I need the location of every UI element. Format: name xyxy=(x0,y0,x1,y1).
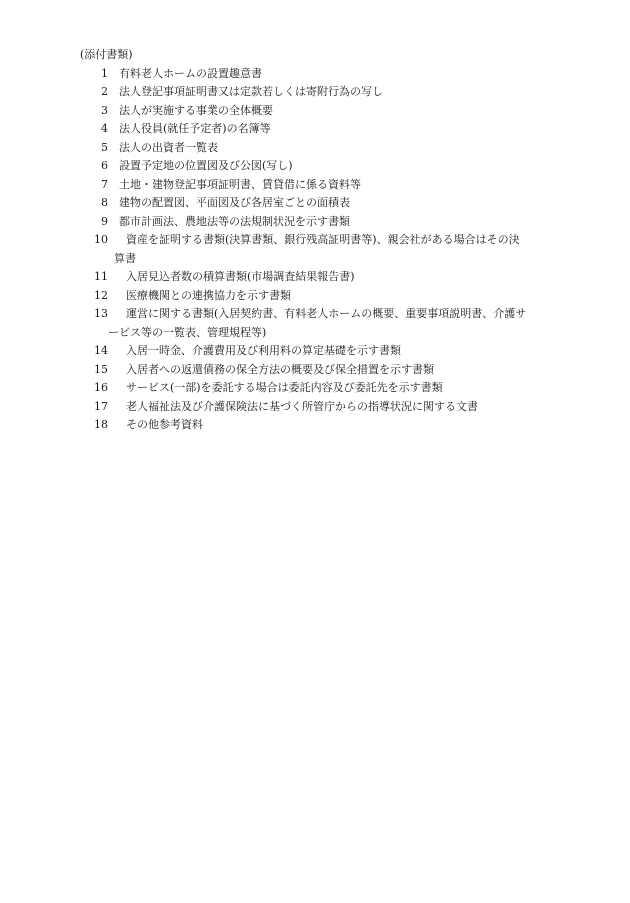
item-text: 設置予定地の位置図及び公図(写し) xyxy=(80,157,560,176)
list-item: 11 入居見込者数の積算書類(市場調査結果報告書) xyxy=(80,268,560,287)
list-item: 17 老人福祉法及び介護保険法に基づく所管庁からの指導状況に関する文書 xyxy=(80,398,560,417)
item-number: 11 xyxy=(80,268,108,287)
item-number: 7 xyxy=(80,176,108,195)
item-number: 13 xyxy=(80,305,108,324)
document-page: (添付書類) 1 有料老人ホームの設置趣意書 2 法人登記事項証明書又は定款若し… xyxy=(0,0,630,903)
list-item: 2 法人登記事項証明書又は定款若しくは寄附行為の写し xyxy=(80,83,560,102)
item-text: 法人の出資者一覧表 xyxy=(80,139,560,158)
item-text: 入居見込者数の積算書類(市場調査結果報告書) xyxy=(80,268,560,287)
list-item: 1 有料老人ホームの設置趣意書 xyxy=(80,65,560,84)
item-text: 有料老人ホームの設置趣意書 xyxy=(80,65,560,84)
item-text: 老人福祉法及び介護保険法に基づく所管庁からの指導状況に関する文書 xyxy=(80,398,560,417)
item-text-continuation: 算書 xyxy=(80,250,560,269)
list-item: 8 建物の配置図、平面図及び各居室ごとの面積表 xyxy=(80,194,560,213)
item-text: 法人が実施する事業の全体概要 xyxy=(80,102,560,121)
item-number: 6 xyxy=(80,157,108,176)
item-number: 8 xyxy=(80,194,108,213)
list-item: 14 入居一時金、介護費用及び利用料の算定基礎を示す書類 xyxy=(80,342,560,361)
item-number: 4 xyxy=(80,120,108,139)
list-item: 9 都市計画法、農地法等の法規制状況を示す書類 xyxy=(80,213,560,232)
item-number: 14 xyxy=(80,342,108,361)
item-number: 9 xyxy=(80,213,108,232)
item-number: 16 xyxy=(80,379,108,398)
item-text: 土地・建物登記事項証明書、賃貸借に係る資料等 xyxy=(80,176,560,195)
item-text: 法人役員(就任予定者)の名簿等 xyxy=(80,120,560,139)
list-item: 10 資産を証明する書類(決算書類、銀行残高証明書等)、親会社がある場合はその決… xyxy=(80,231,560,268)
item-number: 18 xyxy=(80,416,108,435)
attachments-list: 1 有料老人ホームの設置趣意書 2 法人登記事項証明書又は定款若しくは寄附行為の… xyxy=(80,65,560,435)
list-item: 3 法人が実施する事業の全体概要 xyxy=(80,102,560,121)
item-number: 5 xyxy=(80,139,108,158)
list-item: 7 土地・建物登記事項証明書、賃貸借に係る資料等 xyxy=(80,176,560,195)
item-text: 都市計画法、農地法等の法規制状況を示す書類 xyxy=(80,213,560,232)
list-item: 4 法人役員(就任予定者)の名簿等 xyxy=(80,120,560,139)
item-number: 3 xyxy=(80,102,108,121)
item-text: 入居者への返還債務の保全方法の概要及び保全措置を示す書類 xyxy=(80,361,560,380)
item-number: 2 xyxy=(80,83,108,102)
item-text: 運営に関する書類(入居契約書、有料老人ホームの概要、重要事項説明書、介護サ xyxy=(80,305,560,324)
item-number: 15 xyxy=(80,361,108,380)
item-text: サービス(一部)を委託する場合は委託内容及び委託先を示す書類 xyxy=(80,379,560,398)
item-text: 法人登記事項証明書又は定款若しくは寄附行為の写し xyxy=(80,83,560,102)
item-number: 1 xyxy=(80,65,108,84)
item-text: 入居一時金、介護費用及び利用料の算定基礎を示す書類 xyxy=(80,342,560,361)
item-text: 建物の配置図、平面図及び各居室ごとの面積表 xyxy=(80,194,560,213)
list-item: 13 運営に関する書類(入居契約書、有料老人ホームの概要、重要事項説明書、介護サ… xyxy=(80,305,560,342)
list-item: 16 サービス(一部)を委託する場合は委託内容及び委託先を示す書類 xyxy=(80,379,560,398)
item-number: 17 xyxy=(80,398,108,417)
attachments-heading: (添付書類) xyxy=(80,46,133,65)
list-item: 12 医療機関との連携協力を示す書類 xyxy=(80,287,560,306)
item-number: 10 xyxy=(80,231,108,250)
item-text: その他参考資料 xyxy=(80,416,560,435)
item-text: 資産を証明する書類(決算書類、銀行残高証明書等)、親会社がある場合はその決 xyxy=(80,231,560,250)
list-item: 5 法人の出資者一覧表 xyxy=(80,139,560,158)
list-item: 15 入居者への返還債務の保全方法の概要及び保全措置を示す書類 xyxy=(80,361,560,380)
item-text: 医療機関との連携協力を示す書類 xyxy=(80,287,560,306)
list-item: 18 その他参考資料 xyxy=(80,416,560,435)
list-item: 6 設置予定地の位置図及び公図(写し) xyxy=(80,157,560,176)
item-text-continuation: ービス等の一覧表、管理規程等) xyxy=(80,324,560,343)
item-number: 12 xyxy=(80,287,108,306)
